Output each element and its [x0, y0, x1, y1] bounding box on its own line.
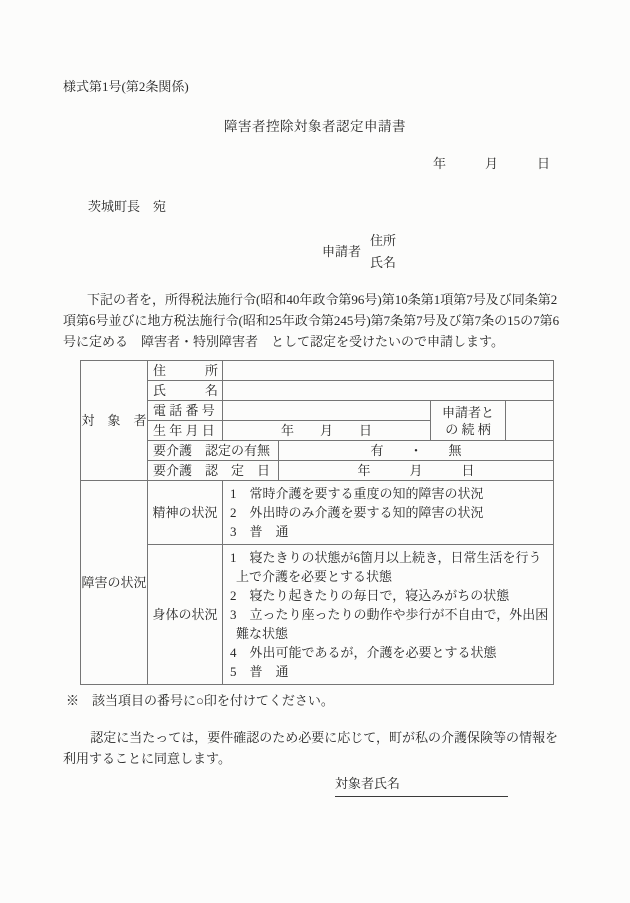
consent-paragraph: 認定に当たっては，要件確認のため必要に応じて，町が私の介護保険等の情報を利用する…	[63, 727, 560, 769]
application-table: 対 象 者 住 所 氏 名 電 話 番 号 申請者と の 続 柄 生 年 月 日…	[80, 360, 554, 685]
circle-instruction-note: ※ 該当項目の番号に○印を付けてください。	[63, 692, 567, 711]
subject-name-signature-line[interactable]: 対象者氏名	[335, 775, 508, 797]
care-certification-date-input-cell[interactable]: 年 月 日	[279, 461, 554, 481]
subject-address-label: 住 所	[148, 361, 223, 381]
form-number: 様式第1号(第2条関係)	[63, 78, 567, 97]
subject-address-input-cell[interactable]	[223, 361, 554, 381]
applicant-address-label[interactable]: 住所	[370, 230, 396, 252]
signature-line-row: 対象者氏名	[63, 775, 567, 797]
applicant-block: 申請者 住所 氏名	[322, 230, 567, 274]
applicant-label: 申請者	[322, 241, 361, 263]
subject-birthdate-label: 生 年 月 日	[148, 421, 223, 441]
physical-option-1[interactable]: 1 寝たきりの状態が6箇月以上続き，日常生活を行う上で介護を必要とする状態	[223, 548, 549, 586]
subject-birthdate-input-cell[interactable]: 年 月 日	[223, 421, 431, 441]
subject-phone-label: 電 話 番 号	[148, 401, 223, 421]
physical-status-label: 身体の状況	[148, 545, 223, 685]
subject-phone-input-cell[interactable]	[223, 401, 431, 421]
physical-option-2[interactable]: 2 寝たり起きたりの毎日で，寝込みがちの状態	[223, 586, 549, 605]
form-title: 障害者控除対象者認定申請書	[63, 117, 567, 137]
applicant-name-label[interactable]: 氏名	[370, 252, 396, 274]
relation-to-applicant-label: 申請者と の 続 柄	[431, 401, 506, 441]
intro-paragraph: 下記の者を，所得税法施行令(昭和40年政令第96号)第10条第1項第7号及び同条…	[63, 289, 560, 352]
consent-block: 認定に当たっては，要件確認のため必要に応じて，町が私の介護保険等の情報を利用する…	[63, 727, 567, 769]
form-document: 様式第1号(第2条関係) 障害者控除対象者認定申請書 年 月 日 茨城町長 宛 …	[0, 0, 630, 903]
care-certification-label: 要介護 認定の有無	[148, 441, 279, 461]
disability-section-header: 障害の状況	[81, 481, 148, 685]
subject-name-label: 氏 名	[148, 381, 223, 401]
physical-status-options: 1 寝たきりの状態が6箇月以上続き，日常生活を行う上で介護を必要とする状態 2 …	[223, 545, 554, 685]
mental-option-1[interactable]: 1 常時介護を要する重度の知的障害の状況	[223, 484, 549, 503]
date-fill-line[interactable]: 年 月 日	[63, 155, 567, 174]
physical-option-5[interactable]: 5 普 通	[223, 662, 549, 681]
care-certification-choice[interactable]: 有 ・ 無	[279, 441, 554, 461]
mental-status-label: 精神の状況	[148, 481, 223, 545]
subject-section-header: 対 象 者	[81, 361, 148, 481]
mental-option-3[interactable]: 3 普 通	[223, 522, 549, 541]
addressee: 茨城町長 宛	[63, 198, 567, 217]
care-certification-date-label: 要介護 認 定 日	[148, 461, 279, 481]
physical-option-4[interactable]: 4 外出可能であるが，介護を必要とする状態	[223, 643, 549, 662]
subject-name-input-cell[interactable]	[223, 381, 554, 401]
mental-option-2[interactable]: 2 外出時のみ介護を要する知的障害の状況	[223, 503, 549, 522]
mental-status-options: 1 常時介護を要する重度の知的障害の状況 2 外出時のみ介護を要する知的障害の状…	[223, 481, 554, 545]
physical-option-3[interactable]: 3 立ったり座ったりの動作や歩行が不自由で，外出困難な状態	[223, 605, 549, 643]
relation-input-cell[interactable]	[506, 401, 554, 441]
